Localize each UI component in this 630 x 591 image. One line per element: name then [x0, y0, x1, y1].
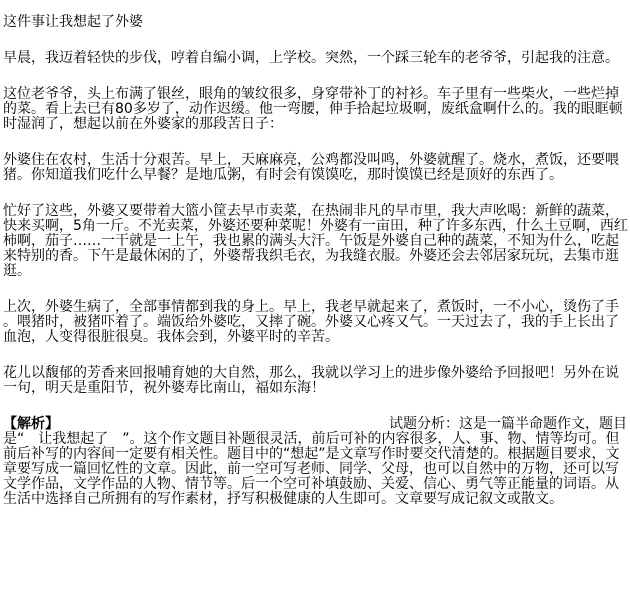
essay-document-page: 这件事让我想起了外婆 早晨，我迈着轻快的步伐，哼着自编小调，上学校。突然，一个踩…	[0, 0, 630, 591]
essay-paragraph-5: 上次，外婆生病了，全部事情都到我的身上。早上，我老早就起来了，煮饭时，一不小心，…	[3, 300, 628, 345]
essay-paragraph-6: 花儿以馥郁的芳香来回报哺育她的大自然，那么，我就以学习上的进步像外婆给予回报吧！…	[3, 366, 628, 396]
essay-paragraph-3: 外婆住在农村，生活十分艰苦。早上，天麻麻亮，公鸡都没叫鸣，外婆就醒了。烧水，煮饭…	[3, 153, 628, 183]
essay-paragraph-4: 忙好了这些，外婆又要带着大篮小筐去早市卖菜，在热闹非凡的早市里，我大声吆喝：新鲜…	[3, 204, 628, 279]
analysis-text: 试题分析：这是一篇半命题作文，题目是“ 让我想起了 ”。这个作文题目补题很灵活，…	[3, 416, 627, 507]
analysis-label: 【解析】	[3, 416, 59, 432]
essay-title: 这件事让我想起了外婆	[3, 15, 628, 30]
essay-paragraph-2: 这位老爷爷，头上布满了银丝，眼角的皱纹很多，身穿带补丁的衬衫。车子里有一些柴火，…	[3, 87, 628, 132]
analysis-gap-spacer	[59, 427, 389, 428]
essay-paragraph-1: 早晨，我迈着轻快的步伐，哼着自编小调，上学校。突然，一个踩三轮车的老爷爷，引起我…	[3, 51, 628, 66]
analysis-paragraph: 【解析】试题分析：这是一篇半命题作文，题目是“ 让我想起了 ”。这个作文题目补题…	[3, 417, 628, 507]
